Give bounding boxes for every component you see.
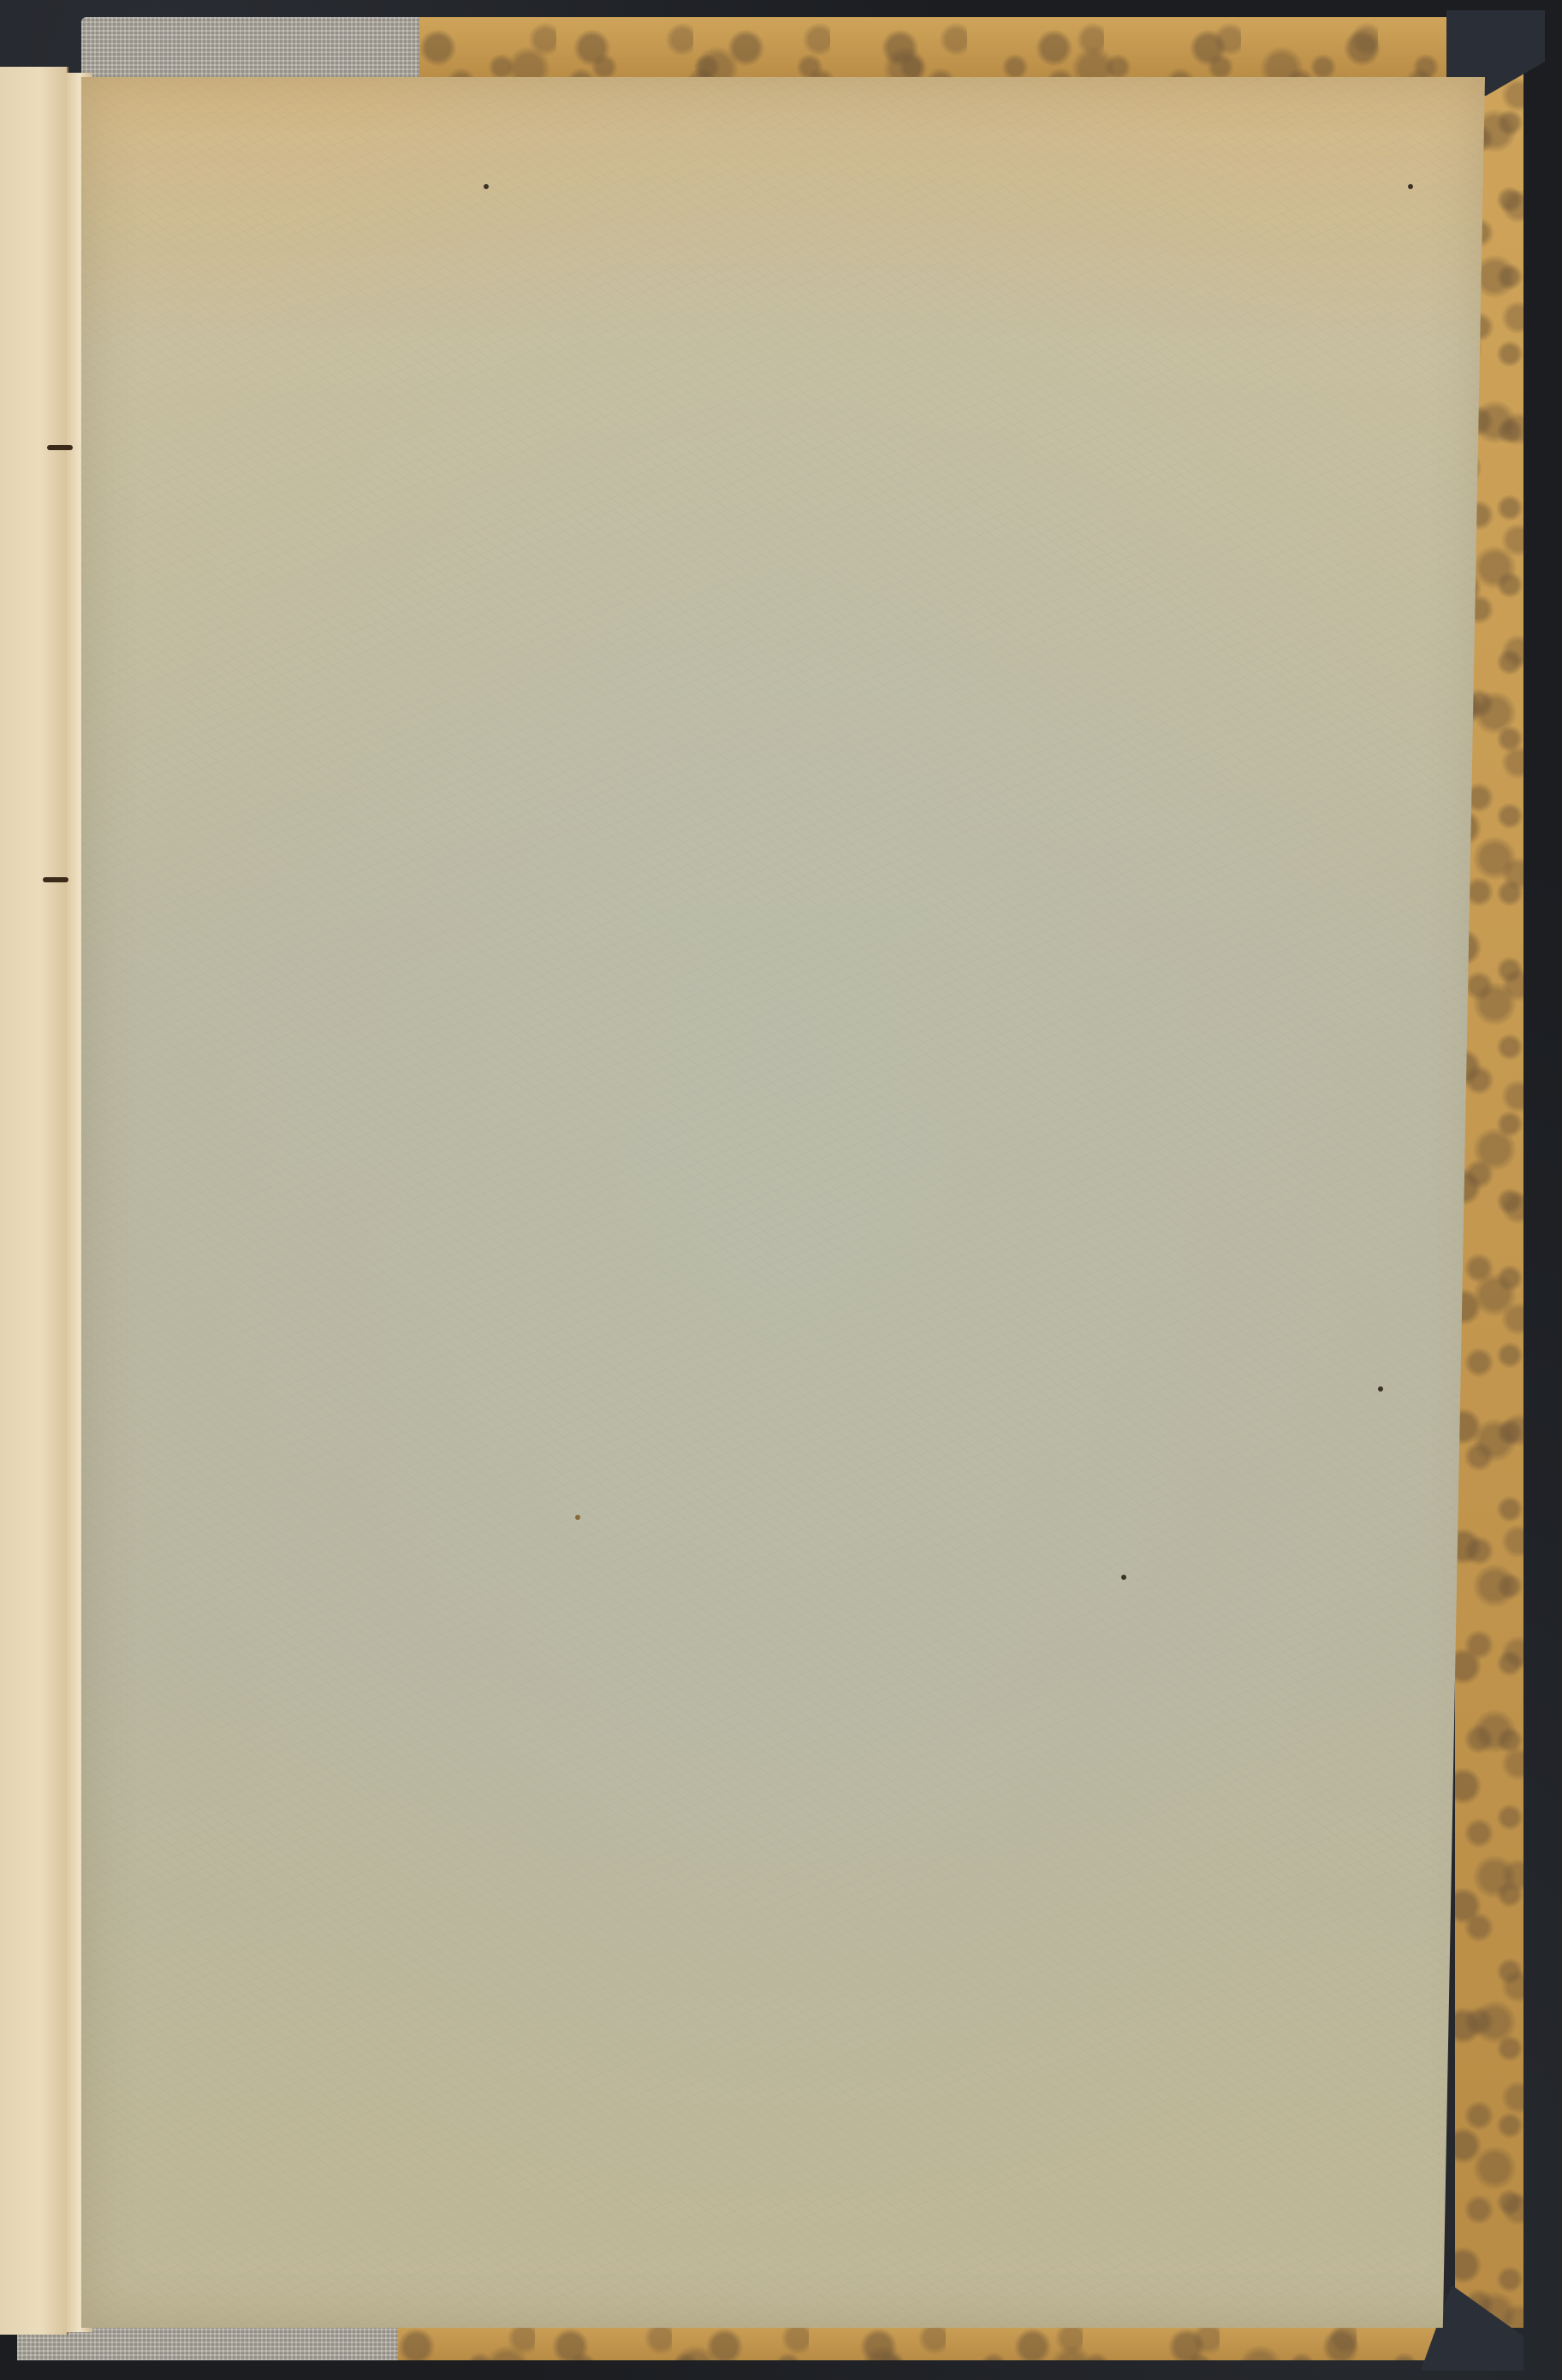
marbled-turn-in-top (419, 17, 1446, 81)
endpaper-page (81, 77, 1485, 2328)
binding-stitch (43, 877, 68, 882)
flyleaf-page (0, 67, 68, 2335)
cloth-spine-top (81, 17, 419, 79)
paper-speck (1408, 184, 1413, 189)
paper-speck (575, 1515, 580, 1520)
paper-speck (1378, 1386, 1383, 1392)
paper-speck (1121, 1575, 1126, 1580)
binding-stitch (47, 445, 73, 450)
paper-speck (484, 184, 489, 189)
